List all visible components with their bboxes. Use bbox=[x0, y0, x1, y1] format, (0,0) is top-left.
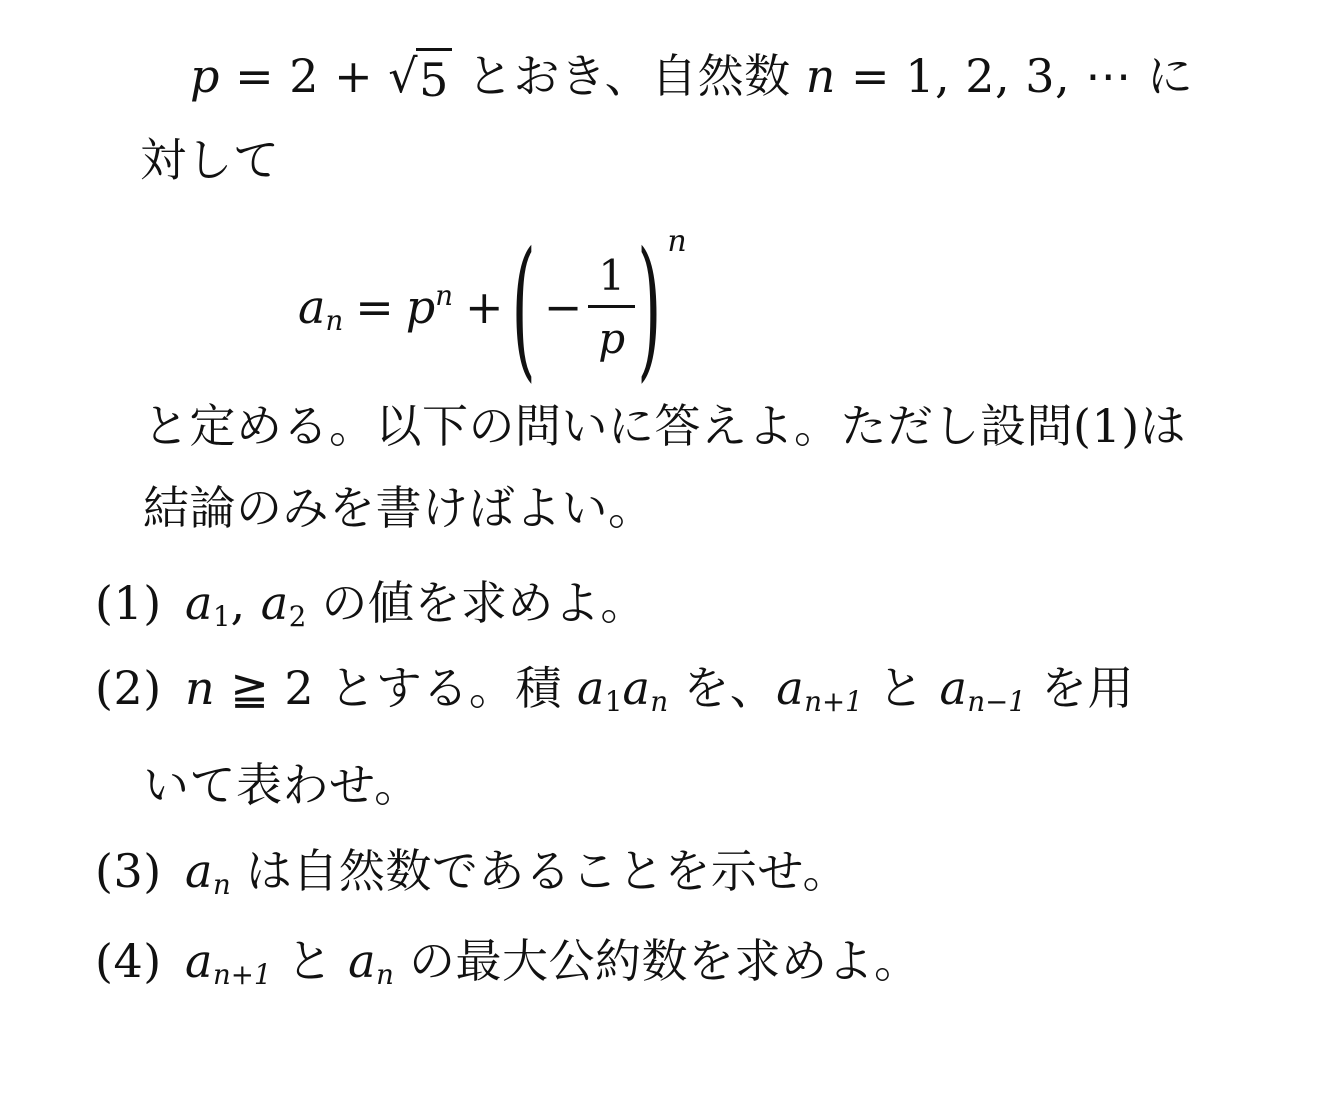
fraction-numerator: 1 bbox=[588, 255, 635, 305]
a1-term: a1 bbox=[577, 661, 623, 715]
text-taishite: 対して bbox=[140, 133, 280, 187]
a2-term: a2 bbox=[261, 576, 307, 630]
question-3: (3)an は自然数であることを示せ。 bbox=[95, 843, 849, 901]
question-4-text-1: と bbox=[271, 934, 348, 988]
an-term: an bbox=[348, 934, 394, 988]
question-1: (1)a1, a2 の値を求めよ。 bbox=[95, 575, 647, 633]
an-plus-1-term: an+1 bbox=[776, 661, 862, 715]
geq-2: ≧ 2 bbox=[215, 661, 329, 715]
question-2: (2)n ≧ 2 とする。積 a1an を、an+1 と an−1 を用 bbox=[95, 660, 1134, 718]
text-toki: とおき、自然数 bbox=[452, 49, 806, 103]
p-power-n: pn bbox=[406, 280, 453, 334]
question-4-text-2: の最大公約数を求めよ。 bbox=[394, 934, 921, 988]
question-1-label: (1) bbox=[95, 575, 185, 633]
question-2-continuation: いて表わせ。 bbox=[143, 758, 421, 812]
a1-sub: 1 bbox=[213, 600, 231, 633]
fraction-denominator: p bbox=[588, 305, 635, 360]
formula-lhs-sub: n bbox=[325, 304, 343, 337]
intro-line-1: p = 2 + √5 とおき、自然数 n = 1, 2, 3, ⋯ に bbox=[190, 48, 1193, 110]
an-sub: n bbox=[376, 958, 394, 991]
intro-line-2: 対して bbox=[140, 132, 280, 190]
question-4-label: (4) bbox=[95, 933, 185, 991]
an-plus-1-term: an+1 bbox=[185, 934, 271, 988]
question-2-text-2: を、 bbox=[668, 661, 776, 715]
radicand: 5 bbox=[416, 48, 452, 110]
radical-sign: √ bbox=[388, 48, 418, 106]
a1-sub: 1 bbox=[605, 685, 623, 718]
display-formula: an = pn + ( − 1 p ) n bbox=[292, 222, 687, 392]
formula-lhs: an bbox=[298, 280, 343, 334]
an-minus-1-term: an−1 bbox=[939, 661, 1025, 715]
question-2-text-4: を用 bbox=[1026, 661, 1134, 715]
comma: , bbox=[231, 576, 261, 630]
minus-sign: − bbox=[544, 280, 583, 334]
an-plus-1-sub: n+1 bbox=[213, 958, 271, 991]
var-p: p bbox=[190, 49, 220, 103]
sequence-123: = 1, 2, 3, bbox=[836, 49, 1085, 103]
a2-sub: 2 bbox=[289, 600, 307, 633]
an-plus-1-sub: n+1 bbox=[804, 685, 862, 718]
sqrt-5: √5 bbox=[388, 48, 452, 110]
body-line-1: と定める。以下の問いに答えよ。ただし設問(1)は bbox=[143, 398, 1186, 456]
cdots: ⋯ bbox=[1085, 49, 1132, 103]
open-paren: ( bbox=[512, 218, 536, 397]
question-2-text-1: とする。積 bbox=[329, 661, 577, 715]
an-term: an bbox=[185, 844, 231, 898]
close-paren: ) bbox=[637, 218, 661, 397]
text-ketsuron: 結論のみを書けばよい。 bbox=[143, 481, 655, 535]
question-2-text-3: と bbox=[863, 661, 940, 715]
equals-sign: = bbox=[355, 280, 394, 334]
var-n: n bbox=[806, 49, 836, 103]
an-term: an bbox=[622, 661, 668, 715]
question-4: (4)an+1 と an の最大公約数を求めよ。 bbox=[95, 933, 920, 991]
text-sadameru: と定める。以下の問いに答えよ。ただし設問(1)は bbox=[143, 399, 1186, 453]
plus-sign: + bbox=[465, 280, 504, 334]
question-3-text: は自然数であることを示せ。 bbox=[231, 844, 849, 898]
a1-term: a1 bbox=[185, 576, 231, 630]
question-2-line-2: いて表わせ。 bbox=[143, 757, 421, 815]
an-sub: n bbox=[650, 685, 668, 718]
math-problem-document: p = 2 + √5 とおき、自然数 n = 1, 2, 3, ⋯ に 対して … bbox=[0, 0, 1328, 1104]
outer-exponent: n bbox=[667, 224, 686, 259]
var-n: n bbox=[185, 661, 215, 715]
text-ni: に bbox=[1132, 49, 1194, 103]
p-exponent: n bbox=[435, 279, 453, 312]
an-minus-1-sub: n−1 bbox=[967, 685, 1025, 718]
question-2-label: (2) bbox=[95, 660, 185, 718]
equation-2plus: = 2 + bbox=[220, 49, 388, 103]
body-line-2: 結論のみを書けばよい。 bbox=[143, 480, 655, 538]
question-1-text: の値を求めよ。 bbox=[306, 576, 647, 630]
question-3-label: (3) bbox=[95, 843, 185, 901]
fraction-1-over-p: 1 p bbox=[588, 255, 635, 360]
an-sub: n bbox=[213, 868, 231, 901]
